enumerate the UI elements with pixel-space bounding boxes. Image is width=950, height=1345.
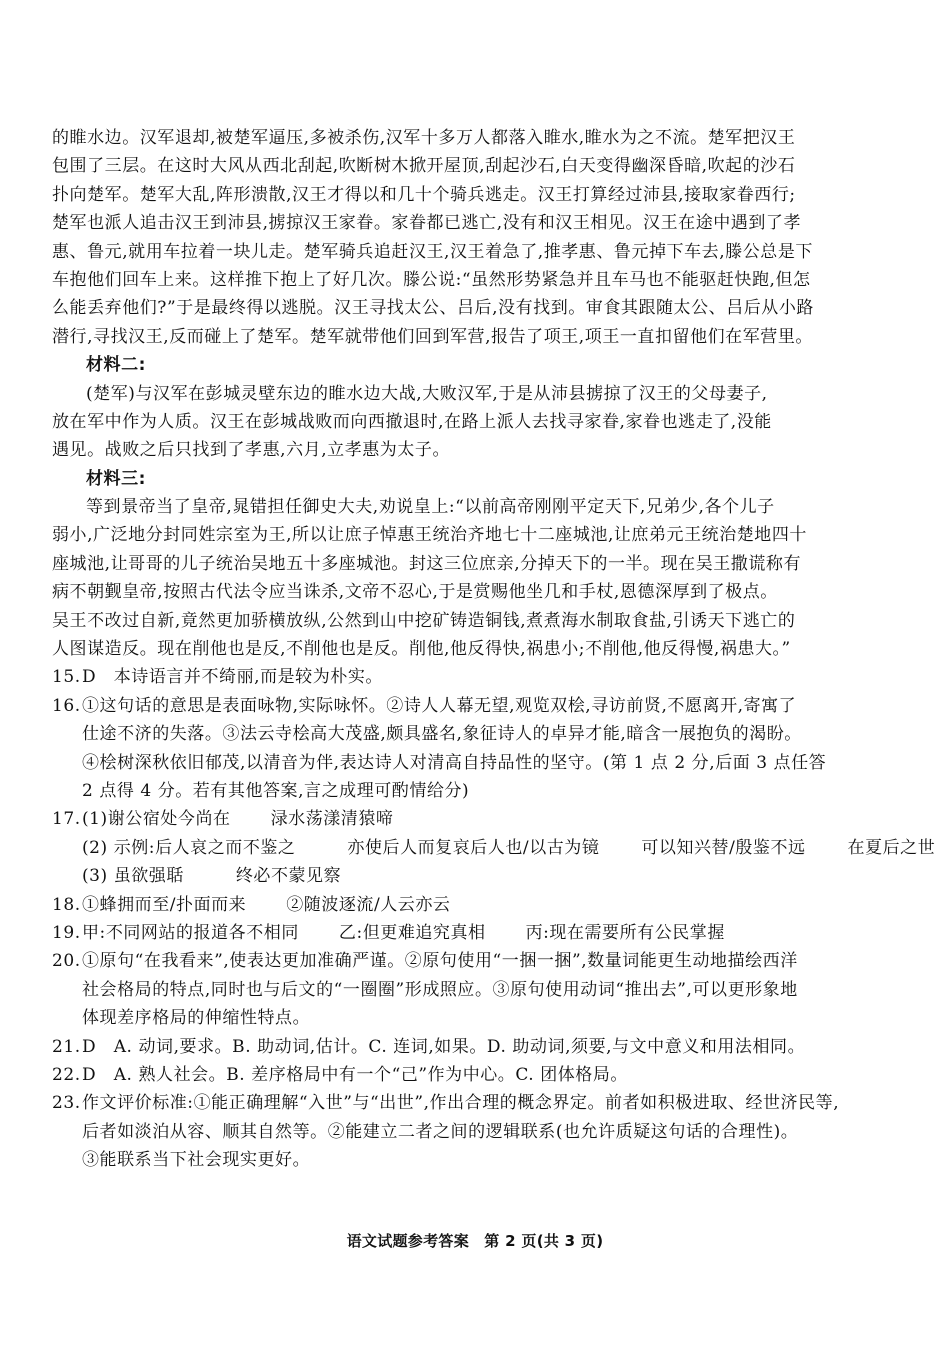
answer-17: 17. (1) 谢公宿处今尚在 渌水荡漾清猿啼 (2) 示例:后人哀之而不鉴之 … — [52, 805, 895, 890]
answer-text: ①原句“在我看来”,使表达更加准确严谨。②原句使用“一捆一捆”,数量词能更生动地… — [82, 947, 798, 975]
question-number: 23. — [52, 1089, 82, 1117]
answer-18: 18. ①蜂拥而至/扑面而来 ②随波逐流/人云亦云 — [52, 891, 895, 919]
question-number: 20. — [52, 947, 82, 975]
answer-text: 示例:后人哀之而不鉴之 — [114, 838, 296, 858]
text-line: 包围了三层。在这时大风从西北刮起,吹断树木掀开屋顶,刮起沙石,白天变得幽深昏暗,… — [52, 152, 895, 180]
question-number: 22. — [52, 1061, 82, 1089]
answer-15: 15. D 本诗语言并不绮丽,而是较为朴实。 — [52, 663, 895, 691]
question-number: 18. — [52, 891, 82, 919]
answer-text: 丙:现在需要所有公民掌握 — [526, 919, 725, 947]
answer-19: 19. 甲:不同网站的报道各不相同 乙:但更难追究真相 丙:现在需要所有公民掌握 — [52, 919, 895, 947]
text-line: 弱小,广泛地分封同姓宗室为王,所以让庶子悼惠王统治齐地七十二座城池,让庶弟元王统… — [52, 521, 895, 549]
material-3: 材料三: 等到景帝当了皇帝,晁错担任御史大夫,劝说皇上:“以前高帝刚刚平定天下,… — [52, 465, 895, 664]
answer-text: 渌水荡漾清猿啼 — [271, 805, 394, 833]
answer-text: 可以知兴替/殷鉴不远 — [641, 838, 805, 858]
answer-21: 21. D A. 动词,要求。B. 助动词,估计。C. 连词,如果。D. 助动词… — [52, 1033, 895, 1061]
text-line: (楚军)与汉军在彭城灵壁东边的睢水边大战,大败汉军,于是从沛县掳掠了汉王的父母妻… — [52, 380, 895, 408]
answer-text: 后者如淡泊从容、顺其自然等。②能建立二者之间的逻辑联系(也允许质疑这句话的合理性… — [52, 1118, 895, 1146]
question-number: 15. — [52, 663, 82, 691]
answer-text: 社会格局的特点,同时也与后文的“一圈圈”形成照应。③原句使用动词“推出去”,可以… — [52, 976, 895, 1004]
text-line: 么能丢弃他们?”于是最终得以逃脱。汉王寻找太公、吕后,没有找到。审食其跟随太公、… — [52, 294, 895, 322]
question-number: 21. — [52, 1033, 82, 1061]
answer-text: 谢公宿处今尚在 — [108, 805, 231, 833]
answer-20: 20. ①原句“在我看来”,使表达更加准确严谨。②原句使用“一捆一捆”,数量词能… — [52, 947, 895, 1032]
answer-text: ②随波逐流/人云亦云 — [286, 891, 450, 919]
text-line: 惠、鲁元,就用车拉着一块儿走。楚军骑兵追赶汉王,汉王着急了,推孝惠、鲁元掉下车去… — [52, 238, 895, 266]
answer-text: D A. 熟人社会。B. 差序格局中有一个“己”作为中心。C. 团体格局。 — [82, 1061, 628, 1089]
answer-text: 作文评价标准:①能正确理解“入世”与“出世”,作出合理的概念界定。前者如积极进取… — [82, 1089, 839, 1117]
answer-text: 在夏后之世 — [848, 838, 936, 858]
answer-text: 虽欲强聒 — [114, 866, 184, 886]
part-label: (3) — [82, 866, 108, 886]
answer-text: D 本诗语言并不绮丽,而是较为朴实。 — [82, 663, 383, 691]
answer-text: ④桧树深秋依旧郁茂,以清音为伴,表达诗人对清高自持品性的坚守。(第 1 点 2 … — [52, 749, 895, 777]
question-number: 17. — [52, 805, 82, 833]
material-2-heading: 材料二: — [52, 351, 895, 379]
text-line: 扑向楚军。楚军大乱,阵形溃散,汉王才得以和几十个骑兵逃走。汉王打算经过沛县,接取… — [52, 181, 895, 209]
answer-text: 体现差序格局的伸缩性特点。 — [52, 1004, 895, 1032]
answer-22: 22. D A. 熟人社会。B. 差序格局中有一个“己”作为中心。C. 团体格局… — [52, 1061, 895, 1089]
page-footer: 语文试题参考答案 第 2 页(共 3 页) — [0, 1230, 950, 1251]
text-line: 遇见。战败之后只找到了孝惠,六月,立孝惠为太子。 — [52, 436, 895, 464]
answer-key-page: 的睢水边。汉军退却,被楚军逼压,多被杀伤,汉军十多万人都落入睢水,睢水为之不流。… — [52, 124, 895, 1174]
text-line: 放在军中作为人质。汉王在彭城战败而向西撤退时,在路上派人去找寻家眷,家眷也逃走了… — [52, 408, 895, 436]
answer-text: 亦使后人而复哀后人也/以古为镜 — [347, 838, 599, 858]
answer-text: 甲:不同网站的报道各不相同 — [82, 919, 299, 947]
material-3-heading: 材料三: — [52, 465, 895, 493]
text-line: 座城池,让哥哥的儿子统治吴地五十多座城池。封这三位庶亲,分掉天下的一半。现在吴王… — [52, 550, 895, 578]
answer-text: ③能联系当下社会现实更好。 — [52, 1146, 895, 1174]
part-label: (1) — [82, 805, 108, 833]
answer-text: 仕途不济的失落。③法云寺桧高大茂盛,颇具盛名,象征诗人的卓异才能,暗含一展抱负的… — [52, 720, 895, 748]
text-line: 楚军也派人追击汉王到沛县,掳掠汉王家眷。家眷都已逃亡,没有和汉王相见。汉王在途中… — [52, 209, 895, 237]
material-2: 材料二: (楚军)与汉军在彭城灵壁东边的睢水边大战,大败汉军,于是从沛县掳掠了汉… — [52, 351, 895, 465]
answer-text: D A. 动词,要求。B. 助动词,估计。C. 连词,如果。D. 助动词,须要,… — [82, 1033, 805, 1061]
text-line: 等到景帝当了皇帝,晁错担任御史大夫,劝说皇上:“以前高帝刚刚平定天下,兄弟少,各… — [52, 493, 895, 521]
material-1-continued: 的睢水边。汉军退却,被楚军逼压,多被杀伤,汉军十多万人都落入睢水,睢水为之不流。… — [52, 124, 895, 351]
question-number: 19. — [52, 919, 82, 947]
text-line: 人图谋造反。现在削他也是反,不削他也是反。削他,他反得快,祸患小;不削他,他反得… — [52, 635, 895, 663]
question-number: 16. — [52, 692, 82, 720]
text-line: 的睢水边。汉军退却,被楚军逼压,多被杀伤,汉军十多万人都落入睢水,睢水为之不流。… — [52, 124, 895, 152]
text-line: 车抱他们回车上来。这样推下抱上了好几次。滕公说:“虽然形势紧急并且车马也不能驱赶… — [52, 266, 895, 294]
text-line: 吴王不改过自新,竟然更加骄横放纵,公然到山中挖矿铸造铜钱,煮煮海水制取食盐,引诱… — [52, 607, 895, 635]
answer-text: 终必不蒙见察 — [236, 866, 341, 886]
text-line: 病不朝觐皇帝,按照古代法令应当诛杀,文帝不忍心,于是赏赐他坐几和手杖,恩德深厚到… — [52, 578, 895, 606]
answer-23: 23. 作文评价标准:①能正确理解“入世”与“出世”,作出合理的概念界定。前者如… — [52, 1089, 895, 1174]
answer-16: 16. ①这句话的意思是表面咏物,实际咏怀。②诗人人幕无望,观览双桧,寻访前贤,… — [52, 692, 895, 806]
text-line: 潜行,寻找汉王,反而碰上了楚军。楚军就带他们回到军营,报告了项王,项王一直扣留他… — [52, 323, 895, 351]
answer-text: 乙:但更难追究真相 — [339, 919, 486, 947]
part-label: (2) — [82, 838, 108, 858]
answer-text: 2 点得 4 分。若有其他答案,言之成理可酌情给分) — [52, 777, 895, 805]
answer-text: ①蜂拥而至/扑面而来 — [82, 891, 246, 919]
answer-text: ①这句话的意思是表面咏物,实际咏怀。②诗人人幕无望,观览双桧,寻访前贤,不愿离开… — [82, 692, 796, 720]
